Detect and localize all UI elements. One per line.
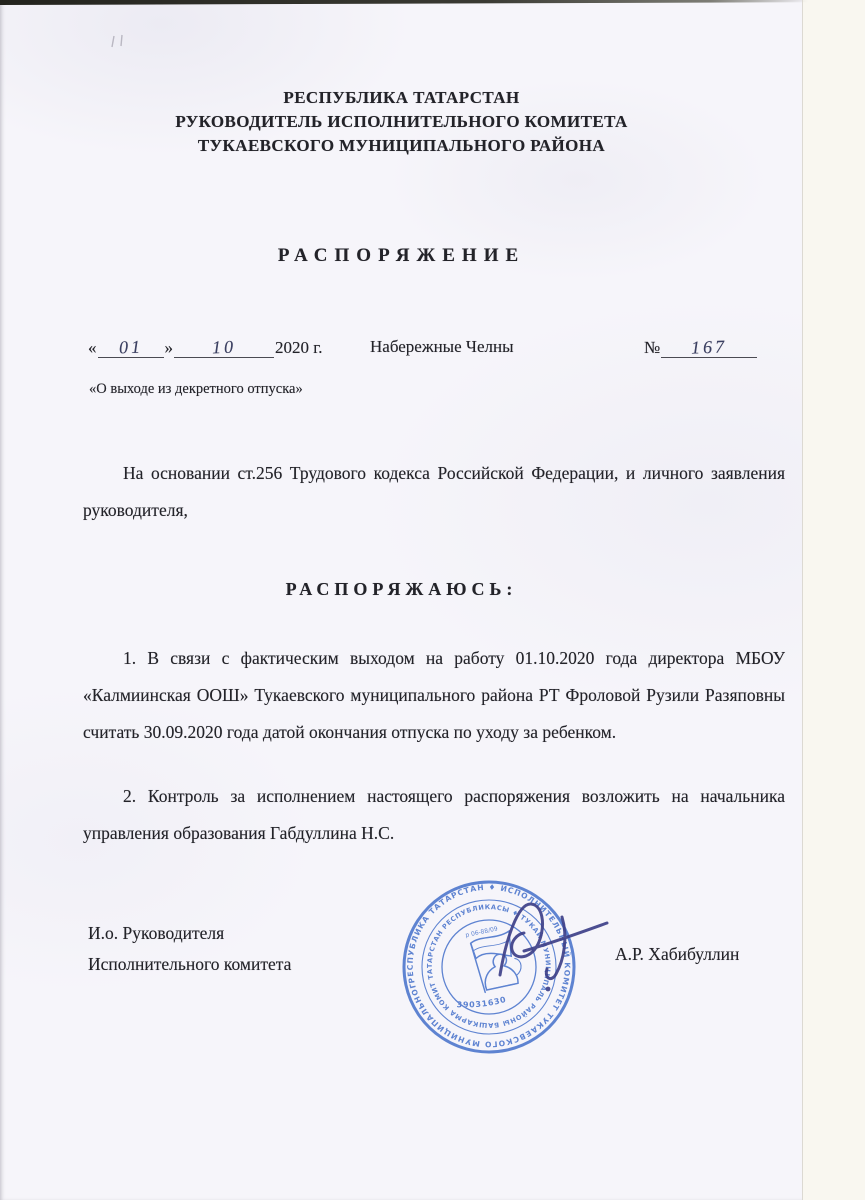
document-number-group: №167 [644,337,758,358]
document-page: РЕСПУБЛИКА ТАТАРСТАН РУКОВОДИТЕЛЬ ИСПОЛН… [0,0,803,1200]
date-group: «01»102020 г. [88,337,323,358]
scan-edge-artifact [0,0,808,5]
date-day-handwritten: 01 [118,337,143,358]
signatory-position-line1: И.о. Руководителя [88,918,291,949]
order-item-2-number: 2. [123,786,136,806]
order-item-2-text: Контроль за исполнением настоящего распо… [83,786,785,843]
pencil-mark [110,34,128,50]
date-month-handwritten: 10 [212,337,237,358]
scanned-document: { "doc": { "header_lines": [ "РЕСПУБЛИКА… [0,0,865,1200]
document-subject: «О выходе из декретного отпуска» [89,381,303,398]
preamble-paragraph: На основании ст.256 Трудового кодекса Ро… [83,455,785,529]
page-right-edge [802,0,803,1200]
order-item-2: 2. Контроль за исполнением настоящего ра… [83,778,785,852]
quote-close: » [165,338,174,357]
order-item-1-text: В связи с фактическим выходом на работу … [83,648,785,742]
order-item-1-number: 1. [123,648,136,668]
order-heading: РАСПОРЯЖАЮСЬ: [0,579,803,600]
dateline-row: «01»102020 г. Набережные Челны №167 [88,337,788,369]
letterhead-line-republic: РЕСПУБЛИКА ТАТАРСТАН [0,86,803,110]
date-year: 2020 г. [275,338,323,357]
document-number-handwritten: 167 [691,336,728,357]
quote-open: « [88,338,97,357]
issue-city: Набережные Челны [370,337,514,357]
letterhead-line-district: ТУКАЕВСКОГО МУНИЦИПАЛЬНОГО РАЙОНА [0,134,803,158]
letterhead-line-executive: РУКОВОДИТЕЛЬ ИСПОЛНИТЕЛЬНОГО КОМИТЕТА [0,110,803,134]
order-item-1: 1. В связи с фактическим выходом на рабо… [83,640,785,751]
number-label: № [644,338,660,357]
org-letterhead: РЕСПУБЛИКА ТАТАРСТАН РУКОВОДИТЕЛЬ ИСПОЛН… [0,86,803,158]
signatory-position: И.о. Руководителя Исполнительного комите… [88,918,291,980]
signatory-position-line2: Исполнительного комитета [88,949,291,980]
handwritten-signature [460,855,670,1025]
document-title: РАСПОРЯЖЕНИЕ [0,245,803,267]
